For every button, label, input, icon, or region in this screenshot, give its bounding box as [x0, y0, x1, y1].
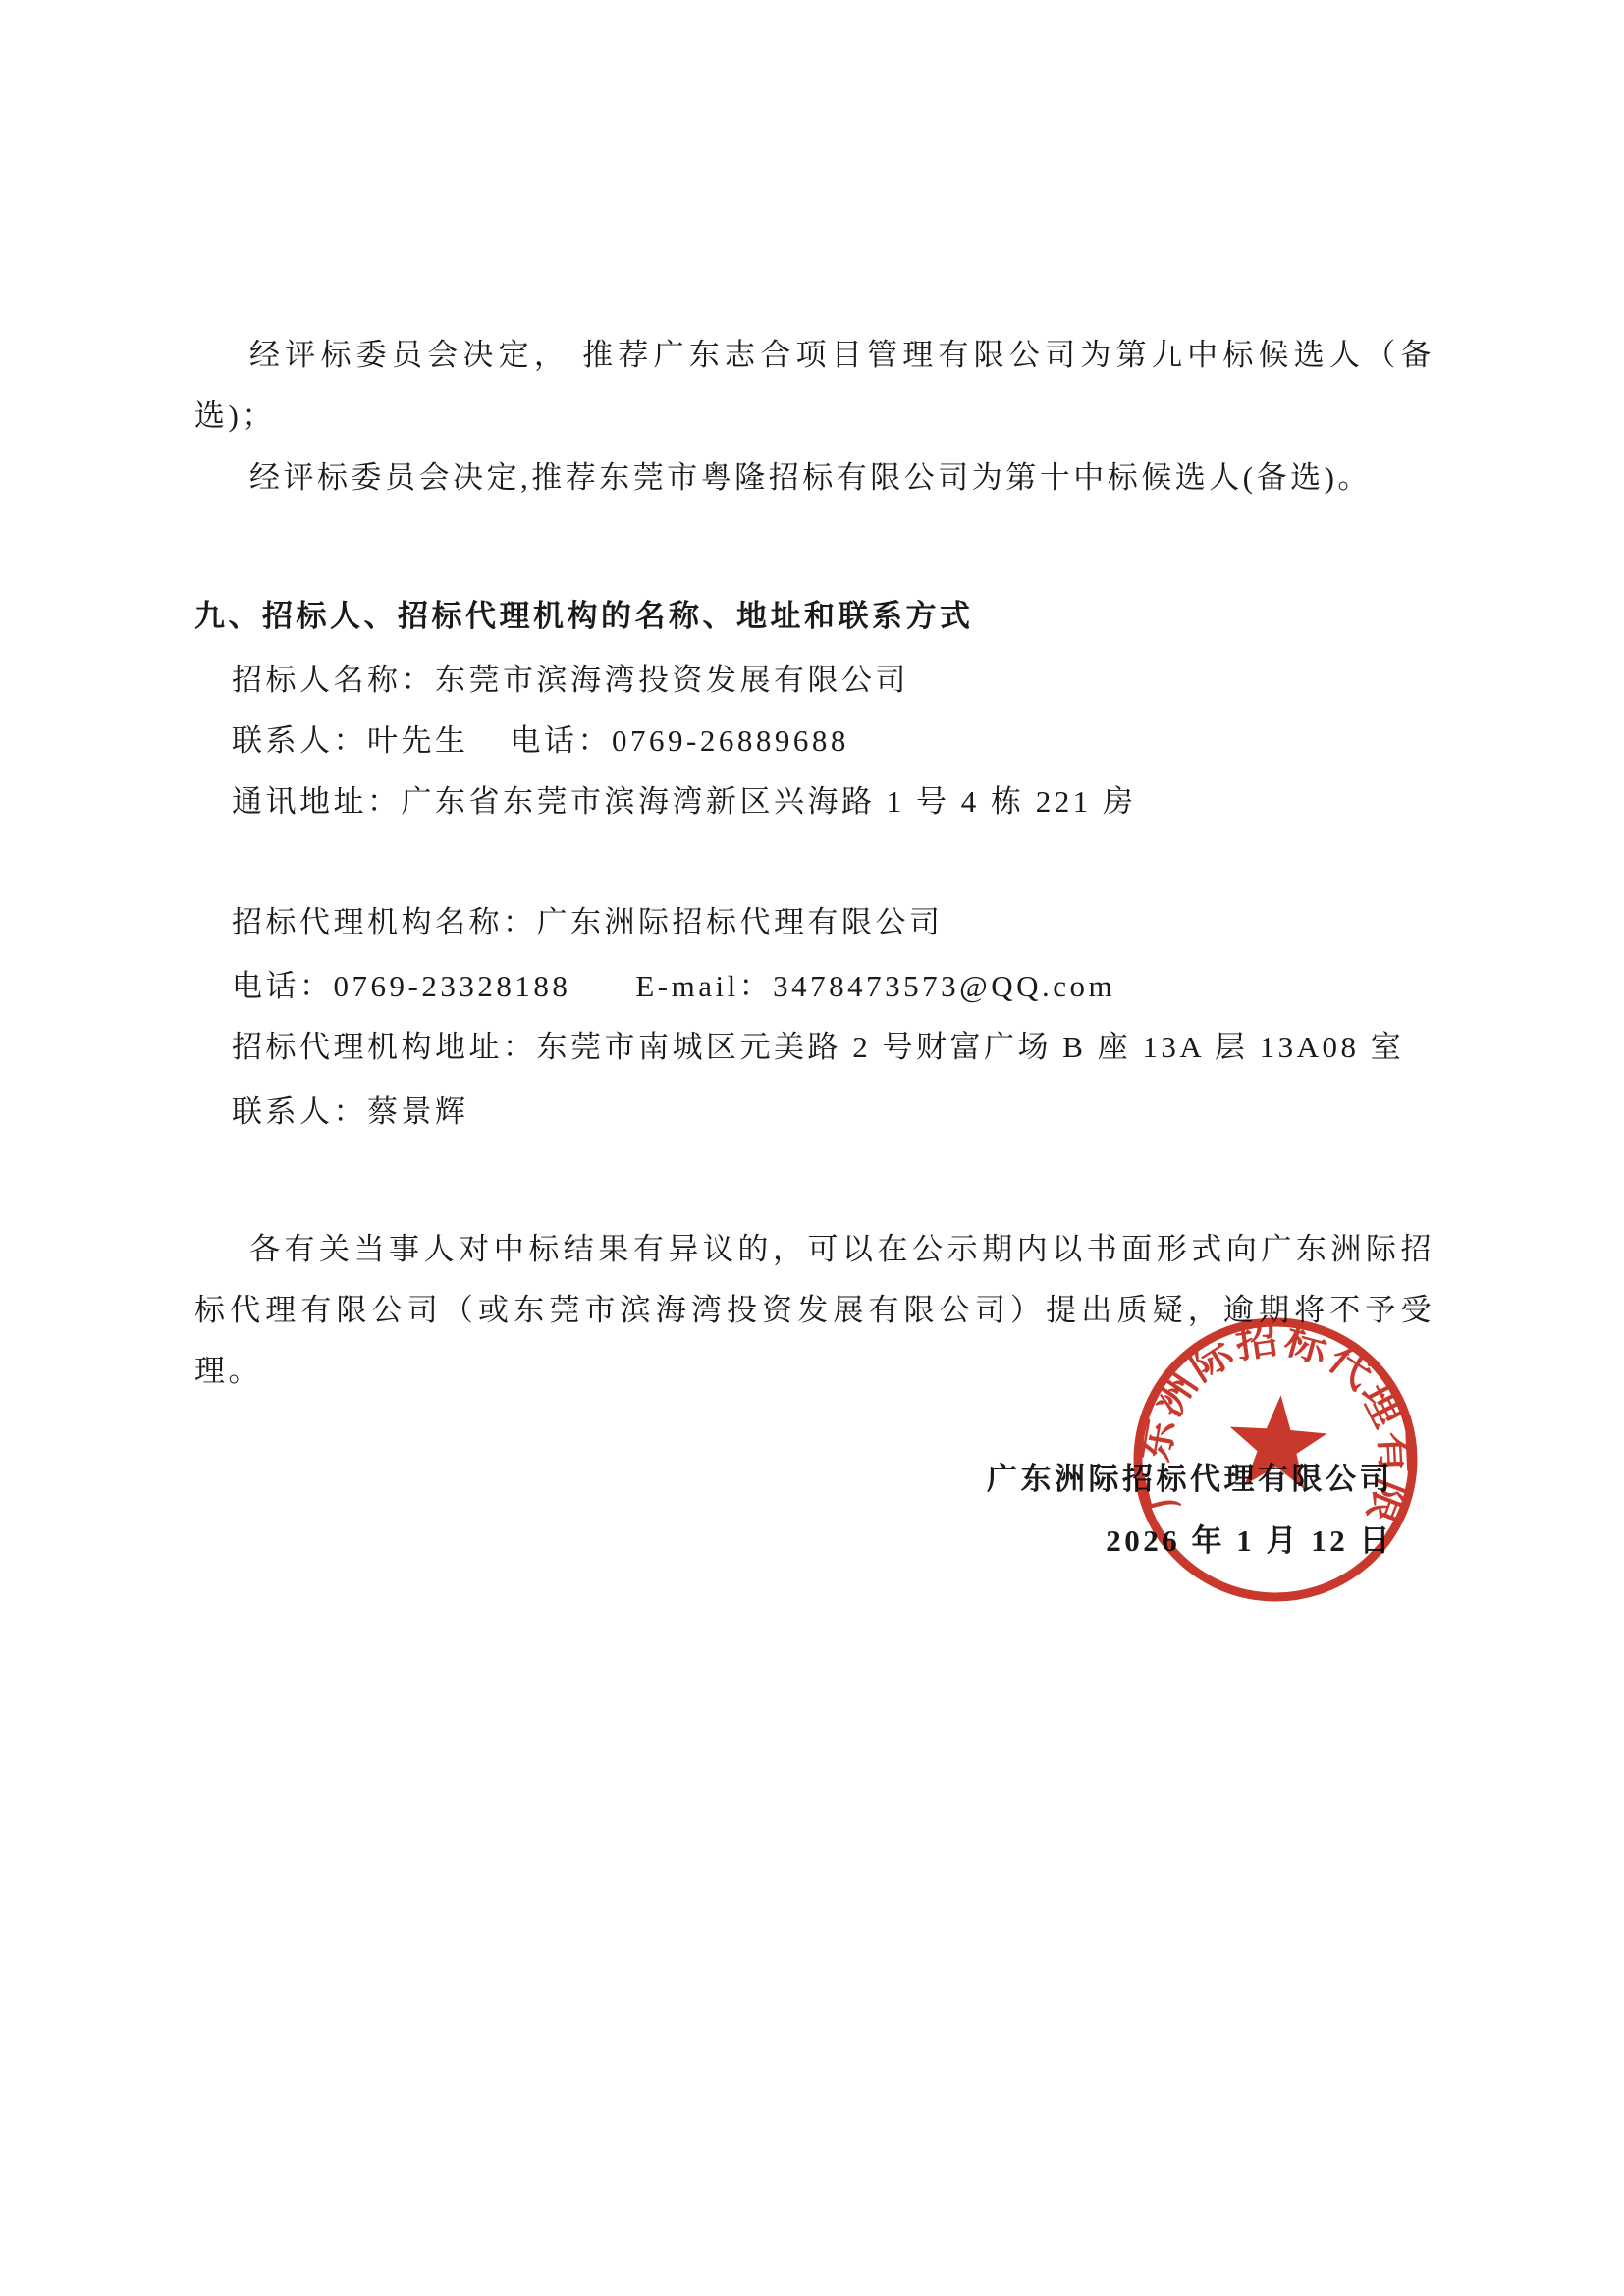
paragraph-candidate-10: 经评标委员会决定,推荐东莞市粤隆招标有限公司为第十中标候选人(备选)。 [194, 448, 1435, 508]
tenderer-contact-line: 联系人：叶先生电话：0769-26889688 [194, 711, 1435, 772]
agency-phone-label: 电话：0769-23328188 [232, 969, 570, 1003]
seal-svg: 广东洲际招标代理有限公司 [1118, 1303, 1433, 1617]
company-seal-stamp: 广东洲际招标代理有限公司 [1118, 1303, 1433, 1617]
document-page: 经评标委员会决定， 推荐广东志合项目管理有限公司为第九中标候选人（备选)； 经评… [0, 0, 1624, 2296]
section-title: 招标人、招标代理机构的名称、地址和联系方式 [262, 599, 974, 633]
tenderer-phone-label: 电话：0769-26889688 [511, 723, 849, 758]
section-heading: 九、招标人、招标代理机构的名称、地址和联系方式 [194, 586, 1435, 647]
section-number: 九、 [194, 599, 262, 633]
agency-contact-line: 联系人：蔡景辉 [194, 1082, 1435, 1143]
star-icon [1226, 1392, 1329, 1491]
agency-phone-line: 电话：0769-23328188E-mail：3478473573@QQ.com [194, 956, 1435, 1017]
paragraph-candidate-9: 经评标委员会决定， 推荐广东志合项目管理有限公司为第九中标候选人（备选)； [194, 325, 1435, 447]
agency-address-line: 招标代理机构地址：东莞市南城区元美路 2 号财富广场 B 座 13A 层 13A… [194, 1017, 1435, 1078]
tenderer-address-line: 通讯地址：广东省东莞市滨海湾新区兴海路 1 号 4 栋 221 房 [194, 772, 1435, 832]
tenderer-contact-label: 联系人：叶先生 [232, 723, 469, 758]
agency-name-line: 招标代理机构名称：广东洲际招标代理有限公司 [194, 892, 1435, 953]
tenderer-name-line: 招标人名称：东莞市滨海湾投资发展有限公司 [194, 650, 1435, 711]
agency-email-label: E-mail：3478473573@QQ.com [635, 969, 1115, 1003]
